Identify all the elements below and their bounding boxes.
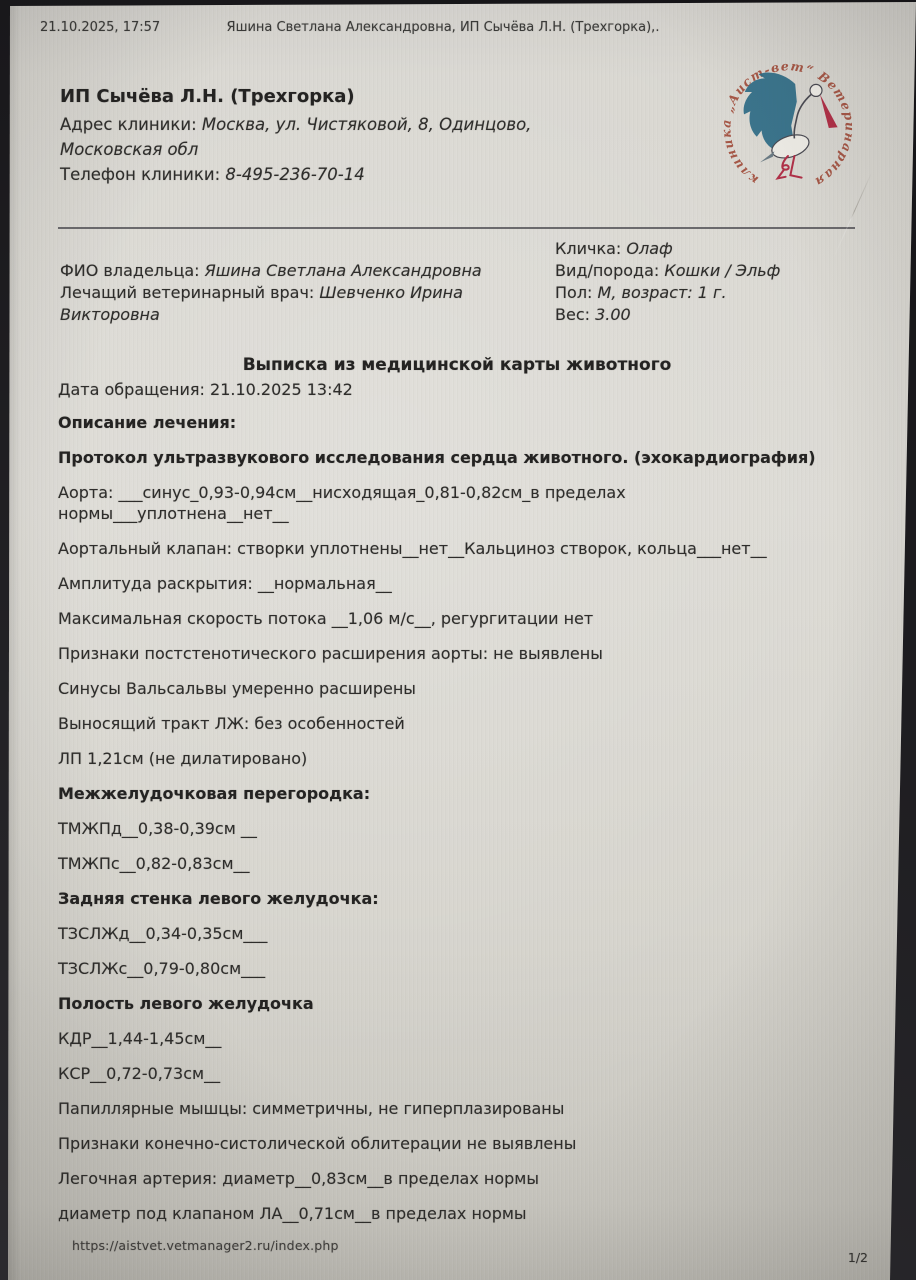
protocol-line: КСР__0,72-0,73см__ bbox=[58, 1063, 828, 1084]
pet-weight-value: 3.00 bbox=[595, 305, 631, 324]
treatment-heading: Описание лечения: bbox=[58, 412, 828, 433]
clinic-address-line: Адрес клиники: Москва, ул. Чистяковой, 8… bbox=[60, 112, 590, 162]
doctor-label: Лечащий ветеринарный врач: bbox=[60, 283, 314, 302]
protocol-line: Синусы Вальсальвы умеренно расширены bbox=[58, 678, 828, 699]
owner-label: ФИО владельца: bbox=[60, 261, 200, 280]
protocol-subheading: Полость левого желудочка bbox=[58, 993, 828, 1014]
clinic-info-block: ИП Сычёва Л.Н. (Трехгорка) Адрес клиники… bbox=[60, 84, 590, 187]
protocol-line: Выносящий тракт ЛЖ: без особенностей bbox=[58, 713, 828, 734]
owner-value: Яшина Светлана Александровна bbox=[205, 261, 482, 280]
pet-name-label: Кличка: bbox=[555, 239, 621, 258]
extract-title: Выписка из медицинской карты животного bbox=[58, 355, 856, 375]
protocol-line: Папиллярные мышцы: симметричны, не гипер… bbox=[58, 1098, 828, 1119]
protocol-line: Амплитуда раскрытия: __нормальная__ bbox=[58, 573, 828, 594]
protocol-subheading: Межжелудочковая перегородка: bbox=[58, 783, 828, 804]
clinic-phone-line: Телефон клиники: 8-495-236-70-14 bbox=[60, 162, 590, 187]
clinic-name: ИП Сычёва Л.Н. (Трехгорка) bbox=[60, 84, 590, 109]
protocol-line: ТЗСЛЖс__0,79-0,80см___ bbox=[58, 958, 828, 979]
protocol-line: Аорта: ___синус_0,93-0,94см__нисходящая_… bbox=[58, 482, 828, 524]
pet-column: Кличка: Олаф Вид/порода: Кошки / Эльф По… bbox=[555, 238, 855, 326]
protocol-line: ТЗСЛЖд__0,34-0,35см___ bbox=[58, 923, 828, 944]
pet-sex-age-line: Пол: М, возраст: 1 г. bbox=[555, 282, 855, 304]
treatment-section: Описание лечения: Протокол ультразвуково… bbox=[58, 412, 828, 1238]
pet-weight-line: Вес: 3.00 bbox=[555, 304, 855, 326]
visit-date-label: Дата обращения: bbox=[58, 380, 205, 399]
protocol-line: Признаки конечно-систолической облитерац… bbox=[58, 1133, 828, 1154]
protocol-line: Признаки постстенотического расширения а… bbox=[58, 643, 828, 664]
protocol-subheading: Задняя стенка левого желудочка: bbox=[58, 888, 828, 909]
pet-breed-value: Кошки / Эльф bbox=[664, 261, 780, 280]
document-page: Яшина Светлана Александровна, ИП Сычёва … bbox=[0, 0, 916, 1280]
pet-name-line: Кличка: Олаф bbox=[555, 238, 855, 260]
pet-weight-label: Вес: bbox=[555, 305, 590, 324]
page-indicator: 1/2 bbox=[848, 1250, 868, 1265]
clinic-phone-value: 8-495-236-70-14 bbox=[225, 165, 364, 184]
owner-column: ФИО владельца: Яшина Светлана Александро… bbox=[60, 260, 540, 326]
pet-name-value: Олаф bbox=[626, 239, 672, 258]
section-divider bbox=[58, 227, 855, 229]
protocol-heading: Протокол ультразвукового исследования се… bbox=[58, 447, 828, 468]
visit-date-value: 21.10.2025 13:42 bbox=[210, 380, 353, 399]
stork-head bbox=[810, 84, 822, 96]
print-header-datetime: 21.10.2025, 17:57 bbox=[40, 20, 160, 35]
clinic-stork-logo: клиника „Аист-вет“ Ветеринарная bbox=[712, 52, 864, 204]
footer-url: https://aistvet.vetmanager2.ru/index.php bbox=[72, 1238, 339, 1253]
stork-icon bbox=[744, 73, 838, 179]
pet-breed-label: Вид/порода: bbox=[555, 261, 659, 280]
protocol-line: ТМЖПс__0,82-0,83см__ bbox=[58, 853, 828, 874]
protocol-line: ТМЖПд__0,38-0,39см __ bbox=[58, 818, 828, 839]
pet-sex-age-value: М, возраст: 1 г. bbox=[598, 283, 727, 302]
visit-date-line: Дата обращения: 21.10.2025 13:42 bbox=[58, 380, 353, 399]
protocol-line: Максимальная скорость потока __1,06 м/с_… bbox=[58, 608, 828, 629]
pet-breed-line: Вид/порода: Кошки / Эльф bbox=[555, 260, 855, 282]
protocol-line: диаметр под клапаном ЛА__0,71см__в преде… bbox=[58, 1203, 828, 1224]
photo-frame: Яшина Светлана Александровна, ИП Сычёва … bbox=[0, 0, 916, 1280]
protocol-line: КДР__1,44-1,45см__ bbox=[58, 1028, 828, 1049]
protocol-line: Аортальный клапан: створки уплотнены__не… bbox=[58, 538, 828, 559]
pet-sex-label: Пол: bbox=[555, 283, 592, 302]
stork-legs bbox=[778, 156, 802, 178]
protocol-line: ЛП 1,21см (не дилатировано) bbox=[58, 748, 828, 769]
protocol-line: Легочная артерия: диаметр__0,83см__в пре… bbox=[58, 1168, 828, 1189]
clinic-address-label: Адрес клиники: bbox=[60, 115, 197, 134]
clinic-phone-label: Телефон клиники: bbox=[60, 165, 220, 184]
